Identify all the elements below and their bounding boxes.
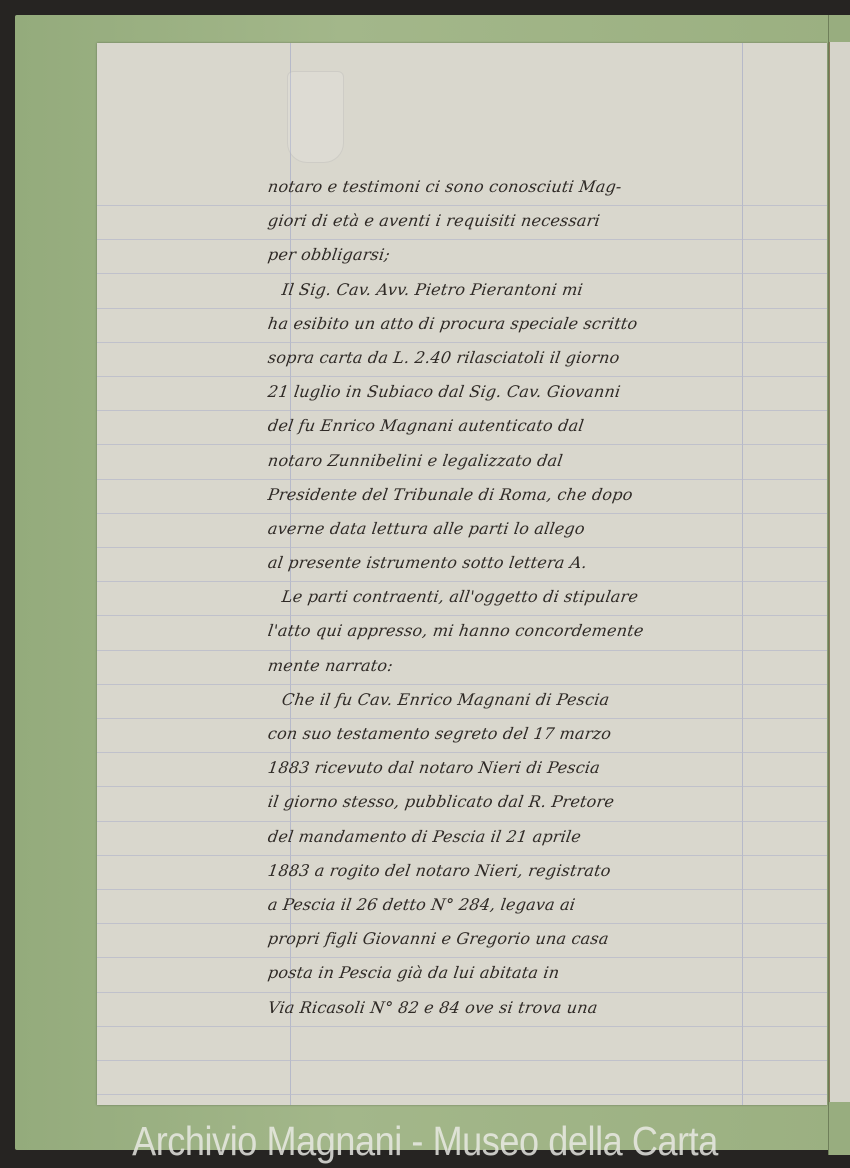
text-line: Le parti contraenti, all'oggetto di stip… bbox=[266, 580, 751, 614]
archive-watermark-caption: Archivio Magnani - Museo della Carta bbox=[51, 1118, 799, 1165]
text-line: con suo testamento segreto del 17 marzo bbox=[266, 717, 751, 751]
text-line: a Pescia il 26 detto N° 284, legava ai bbox=[266, 888, 751, 922]
text-line: al presente istrumento sotto lettera A. bbox=[266, 546, 751, 580]
text-line: Via Ricasoli N° 82 e 84 ove si trova una bbox=[266, 991, 751, 1025]
text-line: 1883 ricevuto dal notaro Nieri di Pescia bbox=[266, 751, 751, 785]
text-line: notaro Zunnibelini e legalizzato dal bbox=[266, 444, 751, 478]
handwritten-text-body: notaro e testimoni ci sono conosciuti Ma… bbox=[268, 170, 748, 1025]
text-line: Che il fu Cav. Enrico Magnani di Pescia bbox=[266, 683, 751, 717]
embossed-stamp bbox=[287, 71, 344, 163]
text-line: posta in Pescia già da lui abitata in bbox=[266, 956, 751, 990]
adjacent-page-edge bbox=[829, 42, 850, 1102]
ruling-line bbox=[97, 1060, 827, 1061]
text-line: del fu Enrico Magnani autenticato dal bbox=[266, 409, 751, 443]
text-line: Presidente del Tribunale di Roma, che do… bbox=[266, 478, 751, 512]
text-line: giori di età e aventi i requisiti necess… bbox=[266, 204, 751, 238]
text-line: 21 luglio in Subiaco dal Sig. Cav. Giova… bbox=[266, 375, 751, 409]
text-line: propri figli Giovanni e Gregorio una cas… bbox=[266, 922, 751, 956]
text-line: il giorno stesso, pubblicato dal R. Pret… bbox=[266, 785, 751, 819]
text-line: l'atto qui appresso, mi hanno concordeme… bbox=[266, 614, 751, 648]
ruling-line bbox=[97, 1026, 827, 1027]
text-line: Il Sig. Cav. Avv. Pietro Pierantoni mi bbox=[266, 273, 751, 307]
text-line: per obbligarsi; bbox=[266, 238, 751, 272]
text-line: sopra carta da L. 2.40 rilasciatoli il g… bbox=[266, 341, 751, 375]
text-line: del mandamento di Pescia il 21 aprile bbox=[266, 820, 751, 854]
text-line: ha esibito un atto di procura speciale s… bbox=[266, 307, 751, 341]
text-line: averne data lettura alle parti lo allego bbox=[266, 512, 751, 546]
ruling-line bbox=[97, 1094, 827, 1095]
text-line: 1883 a rogito del notaro Nieri, registra… bbox=[266, 854, 751, 888]
text-line: mente narrato: bbox=[266, 649, 751, 683]
text-line: notaro e testimoni ci sono conosciuti Ma… bbox=[266, 170, 751, 204]
